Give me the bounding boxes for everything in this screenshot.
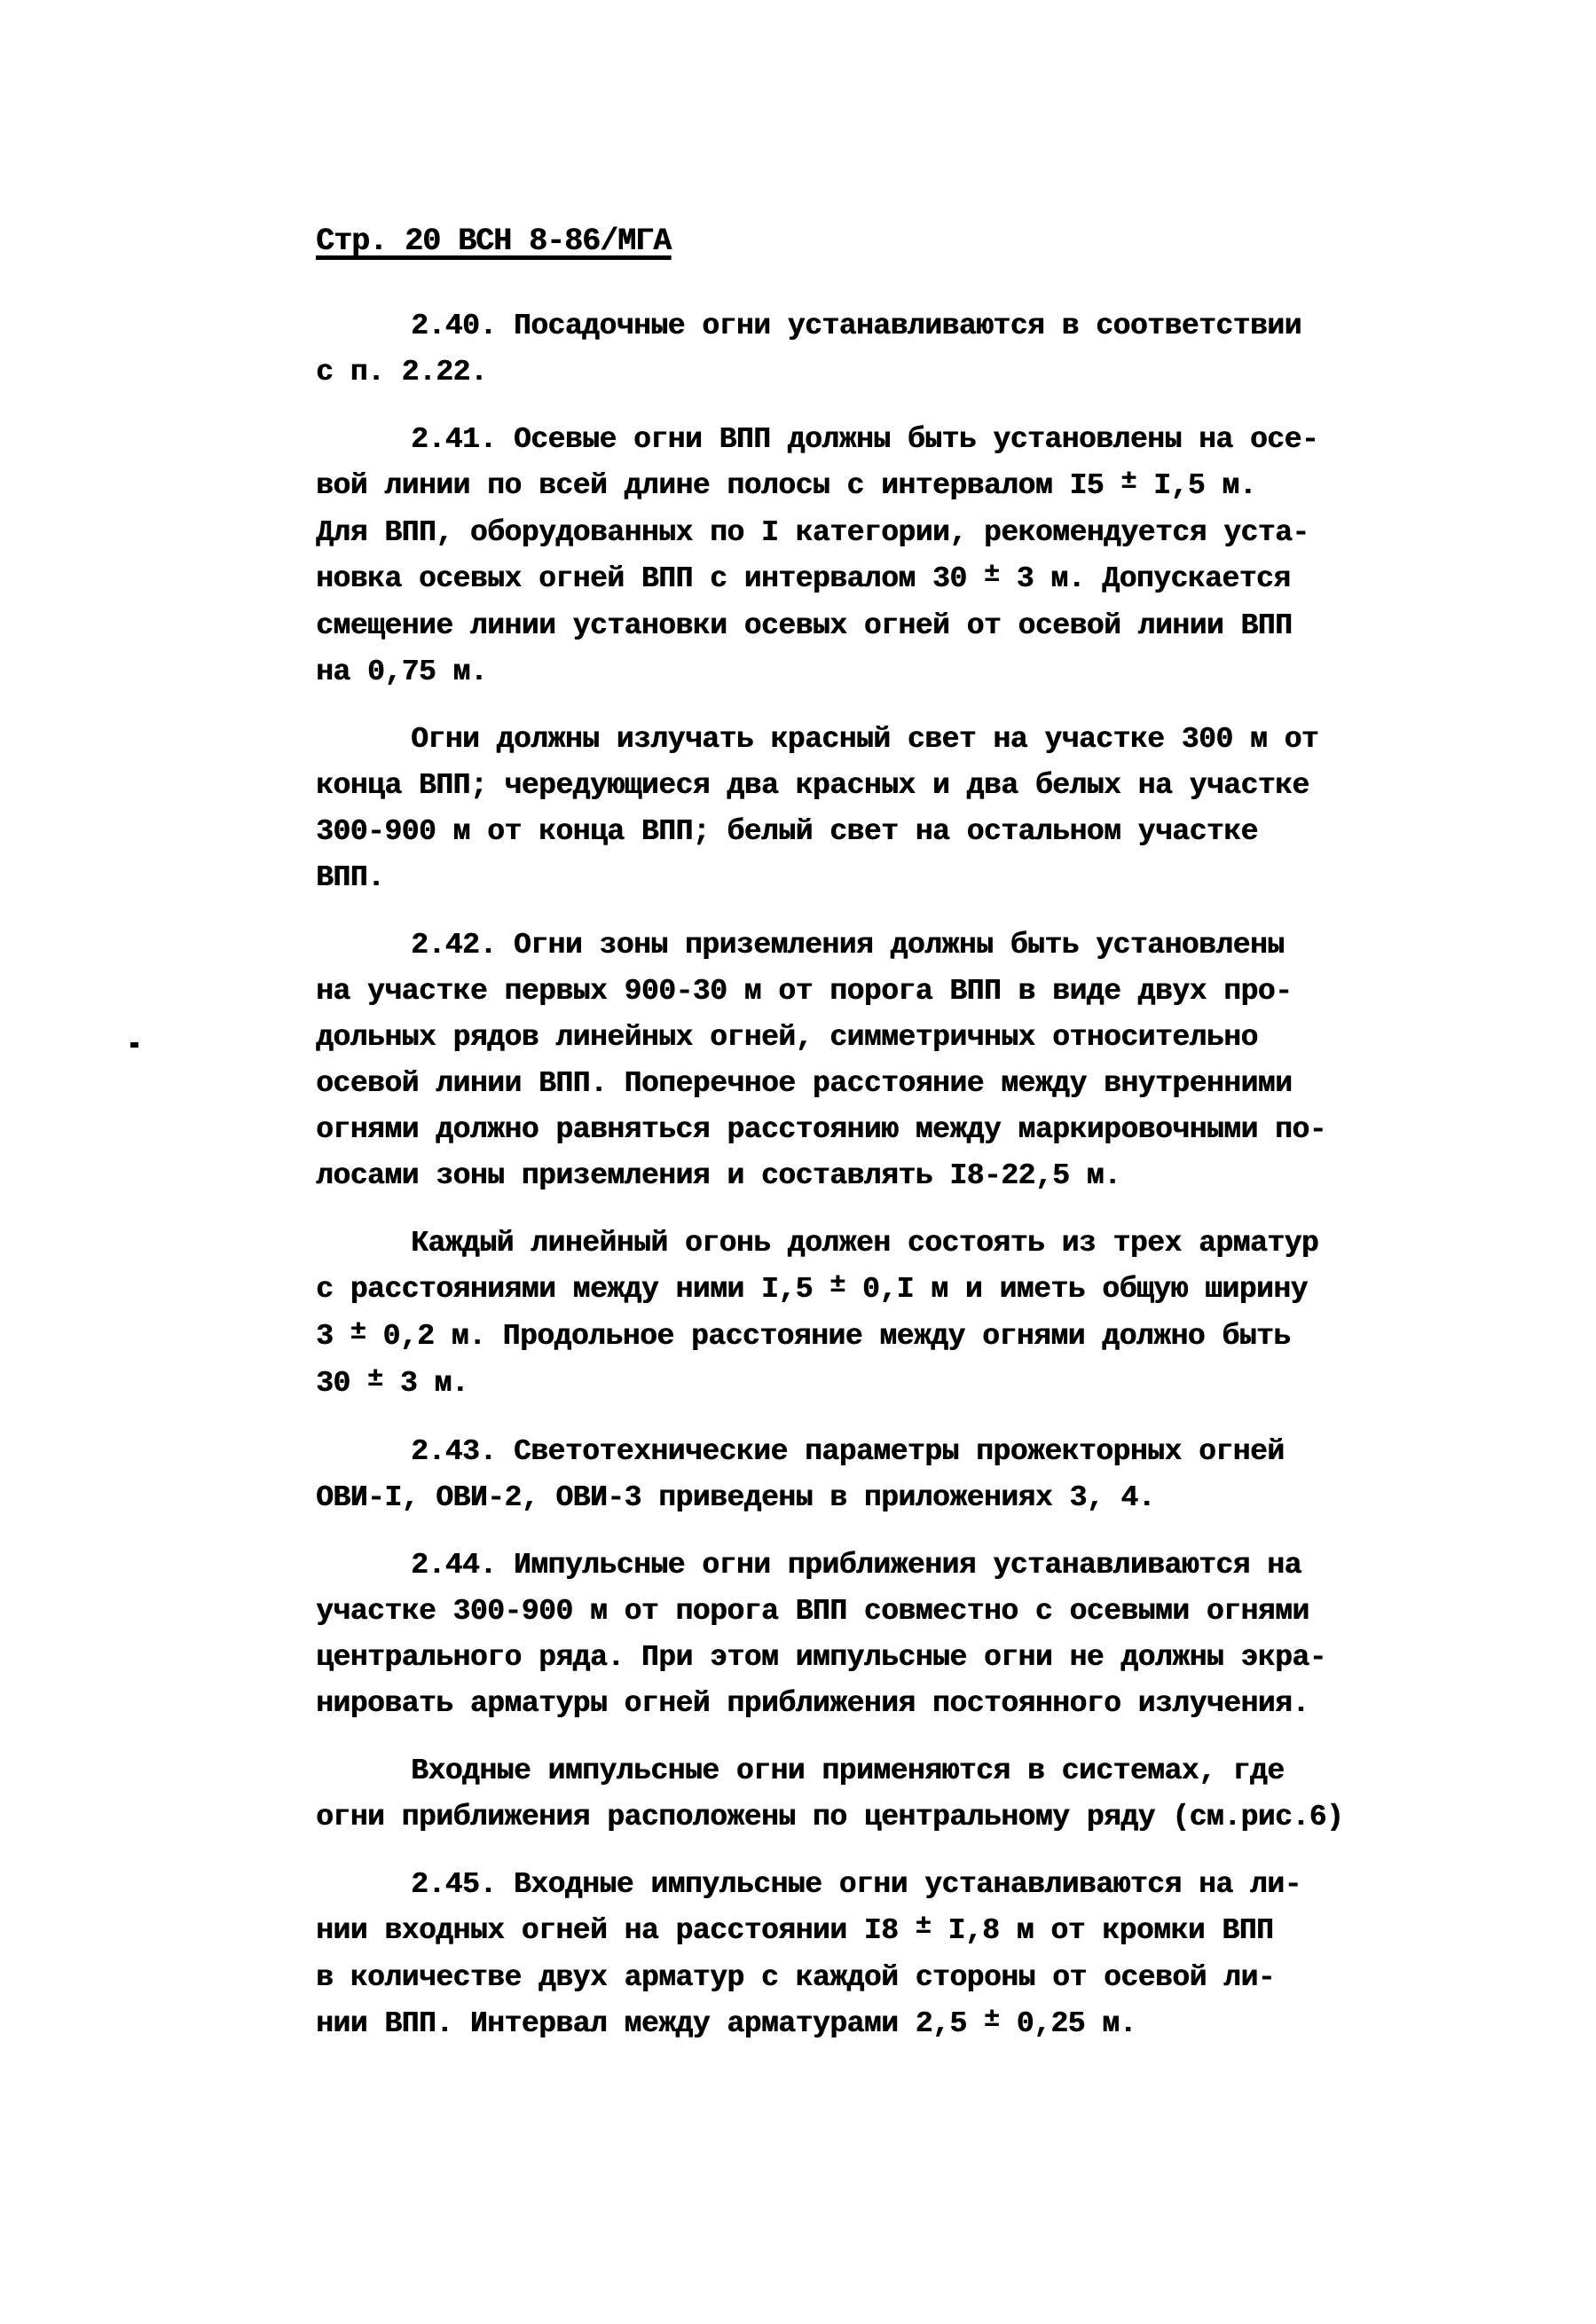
paragraph-2-42: 2.42. Огни зоны приземления должны быть … [316, 923, 1403, 1199]
scan-artifact-speck [130, 1042, 138, 1048]
paragraph-2-44: 2.44. Импульсные огни приближения устана… [316, 1543, 1403, 1727]
paragraph-2-40: 2.40. Посадочные огни устанавливаются в … [316, 303, 1403, 396]
paragraph-2-43: 2.43. Светотехнические параметры прожект… [316, 1429, 1403, 1521]
paragraph-2-44-note: Входные импульсные огни применяются в си… [316, 1748, 1403, 1841]
paragraph-2-41-note: Огни должны излучать красный свет на уча… [316, 717, 1403, 901]
text-column: Стр. 20 ВСН 8-86/МГА 2.40. Посадочные ог… [316, 222, 1403, 2069]
paragraph-2-41: 2.41. Осевые огни ВПП должны быть устано… [316, 417, 1403, 695]
page-header: Стр. 20 ВСН 8-86/МГА [316, 222, 671, 261]
paragraph-2-45: 2.45. Входные импульсные огни устанавлив… [316, 1862, 1403, 2048]
paragraph-2-42-note: Каждый линейный огонь должен состоять из… [316, 1221, 1403, 1408]
scanned-document-page: Стр. 20 ВСН 8-86/МГА 2.40. Посадочные ог… [0, 0, 1596, 2324]
